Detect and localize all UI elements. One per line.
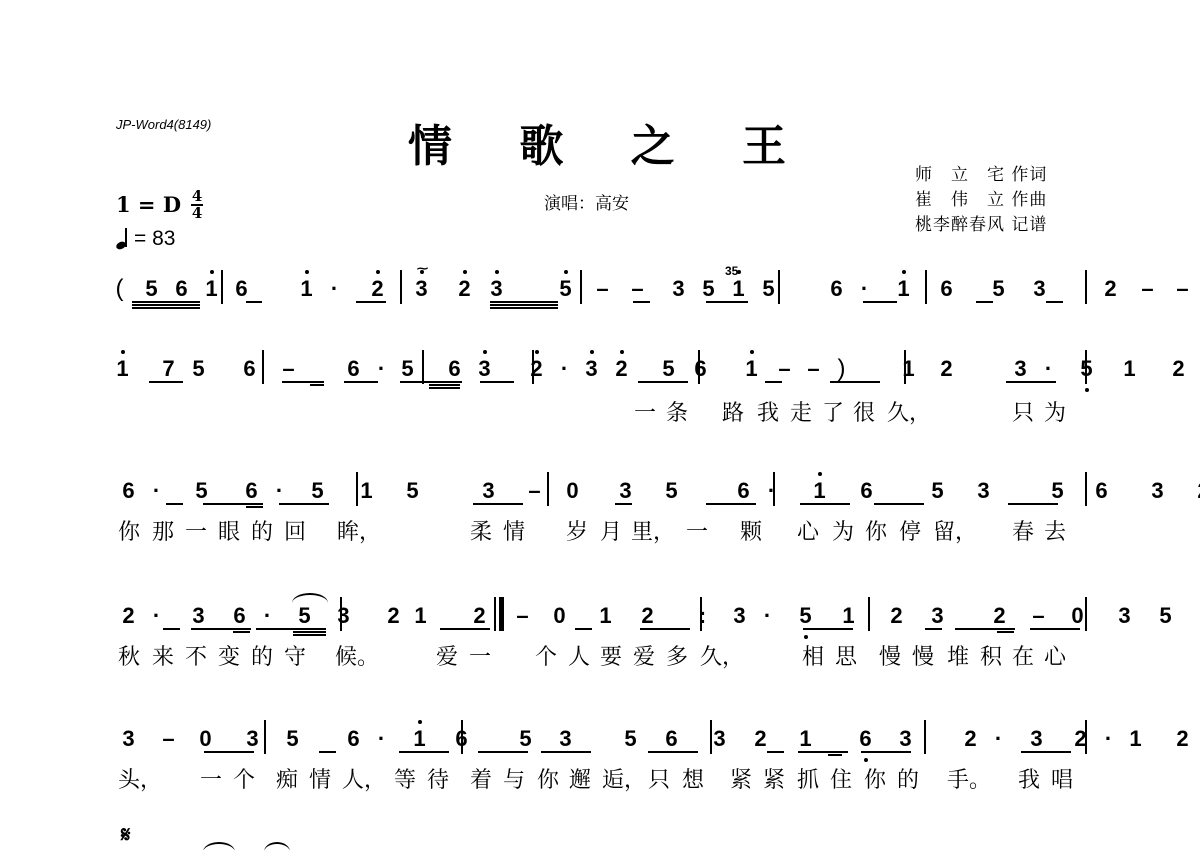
repeat-barline-thick bbox=[499, 597, 504, 631]
staff-line-1: (56161·23235––35156·16532––235·35·335⁓ bbox=[110, 270, 1090, 314]
lyric-syllable: 停 bbox=[899, 515, 921, 546]
note-digit: 1 bbox=[205, 276, 218, 302]
barline bbox=[340, 597, 342, 631]
barline bbox=[710, 720, 712, 754]
barline bbox=[1085, 472, 1087, 506]
note-digit: 1 bbox=[732, 276, 745, 302]
note-digit: 3 bbox=[1030, 726, 1043, 752]
note-digit: 3 bbox=[337, 603, 350, 629]
dot-extension: · bbox=[1102, 726, 1115, 752]
underline-beam bbox=[640, 628, 690, 630]
lyric-syllable: 情 bbox=[309, 763, 331, 794]
octave-dot-high bbox=[418, 720, 422, 724]
octave-dot-high bbox=[210, 270, 214, 274]
lyric-syllable: 你 bbox=[864, 763, 886, 794]
lyric-syllable: 个 bbox=[233, 763, 255, 794]
underline-beam bbox=[1006, 381, 1056, 383]
note-digit: 3 bbox=[899, 726, 912, 752]
note-digit: 1 bbox=[1129, 726, 1142, 752]
note-digit: 6 bbox=[122, 478, 135, 504]
lyric-syllable: 一 bbox=[634, 396, 656, 427]
dash: – bbox=[631, 276, 644, 302]
lyric-syllable: 柔 bbox=[470, 515, 492, 546]
lyric-syllable: 留， bbox=[933, 515, 977, 546]
underline-beam bbox=[319, 751, 336, 753]
note-digit: 0 bbox=[1071, 603, 1084, 629]
repeat-barline-thin bbox=[494, 597, 496, 631]
lyric-syllable: 春 bbox=[1012, 515, 1034, 546]
underline-beam bbox=[279, 503, 329, 505]
lyric-syllable: 的 bbox=[251, 640, 273, 671]
lyric-syllable: 逅， bbox=[602, 763, 646, 794]
lyric-syllable: 变 bbox=[218, 640, 240, 671]
credits-block: 师 立 宅 作词 崔 伟 立 作曲 桃李醉春风 记谱 bbox=[915, 163, 1047, 238]
note-digit: 2 bbox=[387, 603, 400, 629]
octave-dot-high bbox=[564, 270, 568, 274]
note-digit: 2 bbox=[615, 356, 628, 382]
underline-beam bbox=[828, 754, 842, 756]
dot-extension: · bbox=[273, 478, 286, 504]
lyric-syllable: 月 bbox=[600, 515, 622, 546]
note-digit: 5 bbox=[192, 356, 205, 382]
composer-credit: 崔 伟 立 作曲 bbox=[915, 188, 1047, 213]
quarter-note-icon bbox=[116, 228, 130, 250]
staff-line-4: 2·36·53212–012:3·51232–0356·56·515 bbox=[110, 597, 1090, 641]
dot-extension: · bbox=[150, 478, 163, 504]
underline-beam bbox=[293, 634, 326, 636]
underline-beam bbox=[706, 301, 748, 303]
underline-beam bbox=[1046, 301, 1063, 303]
dash: – bbox=[778, 356, 791, 382]
dash: – bbox=[596, 276, 609, 302]
octave-dot-high bbox=[535, 350, 539, 354]
lyric-syllable: 慢 bbox=[879, 640, 901, 671]
lyric-syllable: 走 bbox=[790, 396, 812, 427]
staff-line-3: 6·56·5153–0356·16535632163 bbox=[110, 472, 1090, 516]
note-digit: 2 bbox=[1104, 276, 1117, 302]
lyric-syllable: 在 bbox=[1012, 640, 1034, 671]
barline bbox=[547, 472, 549, 506]
lyric-syllable: 不 bbox=[185, 640, 207, 671]
dash: – bbox=[516, 603, 529, 629]
dot-extension: · bbox=[765, 478, 778, 504]
underline-beam bbox=[765, 381, 782, 383]
lyric-syllable: 我 bbox=[757, 396, 779, 427]
lyric-syllable: 你 bbox=[118, 515, 140, 546]
note-digit: 2 bbox=[122, 603, 135, 629]
octave-dot-high bbox=[376, 270, 380, 274]
underline-beam bbox=[1030, 628, 1080, 630]
lyric-syllable: 爱 bbox=[436, 640, 458, 671]
lyric-syllable: 久， bbox=[700, 640, 744, 671]
note-digit: 3 bbox=[1014, 356, 1027, 382]
underline-beam bbox=[490, 304, 558, 306]
lyric-syllable: 要 bbox=[600, 640, 622, 671]
note-digit: 1 bbox=[300, 276, 313, 302]
note-digit: 2 bbox=[993, 603, 1006, 629]
note-digit: 1 bbox=[1123, 356, 1136, 382]
close-paren: ) bbox=[835, 356, 848, 382]
octave-dot-high bbox=[818, 472, 822, 476]
octave-dot-low bbox=[1085, 388, 1089, 392]
note-digit: 2 bbox=[458, 276, 471, 302]
lyric-syllable: 积 bbox=[980, 640, 1002, 671]
lyric-syllable: 里， bbox=[631, 515, 675, 546]
octave-dot-low bbox=[804, 635, 808, 639]
underline-beam bbox=[246, 301, 253, 303]
key-signature: 1 = D 4 4 bbox=[116, 190, 203, 220]
note-digit: 6 bbox=[175, 276, 188, 302]
lyric-syllable: 候。 bbox=[335, 640, 379, 671]
barline bbox=[580, 270, 582, 304]
lyric-syllable: 紧 bbox=[763, 763, 785, 794]
note-digit: 5 bbox=[662, 356, 675, 382]
underline-beam bbox=[490, 307, 558, 309]
lyric-syllable: 那 bbox=[152, 515, 174, 546]
lyric-syllable: 回 bbox=[284, 515, 306, 546]
barline bbox=[698, 350, 700, 384]
underline-beam bbox=[638, 381, 688, 383]
note-digit: 5 bbox=[311, 478, 324, 504]
dash: – bbox=[282, 356, 295, 382]
note-digit: 2 bbox=[890, 603, 903, 629]
note-digit: 3 bbox=[1151, 478, 1164, 504]
underline-beam bbox=[1021, 751, 1071, 753]
lyric-syllable: 只 bbox=[648, 763, 670, 794]
note-digit: 3 bbox=[713, 726, 726, 752]
barline bbox=[1085, 597, 1087, 631]
barline bbox=[924, 720, 926, 754]
octave-dot-high bbox=[483, 350, 487, 354]
underline-beam bbox=[541, 751, 591, 753]
underline-beam bbox=[1008, 503, 1058, 505]
lyric-syllable: 路 bbox=[722, 396, 744, 427]
note-digit: 6 bbox=[235, 276, 248, 302]
note-digit: 5 bbox=[1159, 603, 1172, 629]
note-digit: 5 bbox=[406, 478, 419, 504]
note-digit: 5 bbox=[665, 478, 678, 504]
underline-beam bbox=[132, 304, 200, 306]
note-digit: 3 bbox=[192, 603, 205, 629]
octave-dot-high bbox=[750, 350, 754, 354]
note-digit: 1 bbox=[813, 478, 826, 504]
note-digit: 2 bbox=[473, 603, 486, 629]
note-digit: 3 bbox=[733, 603, 746, 629]
lyric-syllable: 心 bbox=[797, 515, 819, 546]
underline-beam bbox=[132, 307, 200, 309]
lyric-syllable: 你 bbox=[537, 763, 559, 794]
turn-ornament-icon: ⁓ bbox=[417, 262, 428, 275]
note-digit: 6 bbox=[448, 356, 461, 382]
note-digit: 2 bbox=[754, 726, 767, 752]
note-digit: 6 bbox=[243, 356, 256, 382]
barline bbox=[356, 472, 358, 506]
dash: – bbox=[528, 478, 541, 504]
lyric-syllable: 慢 bbox=[912, 640, 934, 671]
underline-beam bbox=[282, 381, 324, 383]
lyric-syllable: 唱 bbox=[1051, 763, 1073, 794]
barline bbox=[778, 270, 780, 304]
note-digit: 0 bbox=[199, 726, 212, 752]
note-digit: 3 bbox=[672, 276, 685, 302]
note-digit: 2 bbox=[940, 356, 953, 382]
note-digit: 6 bbox=[665, 726, 678, 752]
underline-beam bbox=[800, 503, 850, 505]
lyric-syllable: 抓 bbox=[797, 763, 819, 794]
transcriber-credit: 桃李醉春风 记谱 bbox=[915, 213, 1047, 238]
note-digit: 5 bbox=[286, 726, 299, 752]
note-digit: 0 bbox=[553, 603, 566, 629]
barline bbox=[221, 270, 223, 304]
underline-beam bbox=[955, 628, 1015, 630]
lyric-syllable: 来 bbox=[152, 640, 174, 671]
key-label: 1 = D bbox=[116, 192, 181, 217]
note-digit: 1 bbox=[414, 603, 427, 629]
lyric-syllable: 个 bbox=[535, 640, 557, 671]
slur-mark bbox=[264, 842, 290, 850]
note-digit: 3 bbox=[490, 276, 503, 302]
note-digit: 5 bbox=[559, 276, 572, 302]
lyric-syllable: 我 bbox=[1018, 763, 1040, 794]
barline bbox=[925, 270, 927, 304]
lyric-syllable: 条 bbox=[666, 396, 688, 427]
singer-credit: 演唱：高安 bbox=[544, 189, 629, 214]
underline-beam bbox=[830, 381, 880, 383]
lyric-syllable: 情 bbox=[503, 515, 525, 546]
note-digit: 1 bbox=[116, 356, 129, 382]
underline-beam bbox=[798, 751, 848, 753]
underline-beam bbox=[256, 628, 326, 630]
barline bbox=[1085, 720, 1087, 754]
barline bbox=[422, 350, 424, 384]
underline-beam bbox=[246, 506, 263, 508]
underline-beam bbox=[400, 381, 462, 383]
dot-extension: · bbox=[328, 276, 341, 302]
lyric-syllable: 你 bbox=[865, 515, 887, 546]
time-signature-bottom: 4 bbox=[192, 207, 202, 220]
note-digit: 5 bbox=[992, 276, 1005, 302]
lyric-syllable: 一 bbox=[185, 515, 207, 546]
lyric-syllable: 堆 bbox=[947, 640, 969, 671]
lyric-syllable: 为 bbox=[832, 515, 854, 546]
underline-beam bbox=[429, 387, 460, 389]
slur-mark bbox=[203, 842, 235, 850]
barline bbox=[773, 472, 775, 506]
tempo-marking: = 83 bbox=[116, 227, 175, 251]
tempo-value: = 83 bbox=[134, 227, 175, 251]
note-digit: 3 bbox=[619, 478, 632, 504]
note-digit: 6 bbox=[694, 356, 707, 382]
note-digit: 5 bbox=[799, 603, 812, 629]
note-digit: 5 bbox=[624, 726, 637, 752]
dot-extension: · bbox=[375, 726, 388, 752]
underline-beam bbox=[863, 301, 897, 303]
octave-dot-high bbox=[590, 350, 594, 354]
octave-dot-high bbox=[463, 270, 467, 274]
lyric-syllable: 一 bbox=[200, 763, 222, 794]
note-digit: 5 bbox=[195, 478, 208, 504]
underline-beam bbox=[976, 301, 993, 303]
lyric-syllable: 一 bbox=[469, 640, 491, 671]
dash: – bbox=[1141, 276, 1154, 302]
underline-beam bbox=[473, 503, 523, 505]
underline-beam bbox=[440, 628, 490, 630]
lyric-syllable: 眸， bbox=[337, 515, 381, 546]
underline-beam bbox=[490, 301, 558, 303]
underline-beam bbox=[633, 301, 650, 303]
note-digit: 3 bbox=[122, 726, 135, 752]
lyric-syllable: 头， bbox=[118, 763, 162, 794]
note-digit: 3 bbox=[478, 356, 491, 382]
underline-beam bbox=[429, 384, 460, 386]
note-digit: 5 bbox=[519, 726, 532, 752]
dash: – bbox=[162, 726, 175, 752]
note-digit: 6 bbox=[859, 726, 872, 752]
note-digit: 5 bbox=[145, 276, 158, 302]
lyric-syllable: 痴 bbox=[276, 763, 298, 794]
lyric-syllable: 紧 bbox=[730, 763, 752, 794]
note-digit: 5 bbox=[298, 603, 311, 629]
dash: – bbox=[807, 356, 820, 382]
note-digit: 1 bbox=[897, 276, 910, 302]
note-digit: 6 bbox=[737, 478, 750, 504]
note-digit: 5 bbox=[1051, 478, 1064, 504]
lyric-syllable: 守 bbox=[284, 640, 306, 671]
barline bbox=[264, 720, 266, 754]
note-digit: 3 bbox=[482, 478, 495, 504]
octave-dot-high bbox=[121, 350, 125, 354]
note-digit: 6 bbox=[245, 478, 258, 504]
underline-beam bbox=[163, 628, 180, 630]
lyric-syllable: 手。 bbox=[947, 763, 991, 794]
underline-beam bbox=[861, 751, 911, 753]
note-digit: 5 bbox=[702, 276, 715, 302]
underline-beam bbox=[356, 301, 386, 303]
note-digit: 1 bbox=[413, 726, 426, 752]
dash: – bbox=[1032, 603, 1045, 629]
barline bbox=[1085, 350, 1087, 384]
note-digit: 5 bbox=[401, 356, 414, 382]
note-digit: 3 bbox=[585, 356, 598, 382]
note-digit: 1 bbox=[360, 478, 373, 504]
note-digit: 6 bbox=[940, 276, 953, 302]
note-digit: 5 bbox=[762, 276, 775, 302]
staff-line-5: 3–0356·165356321632·32·1235–056 bbox=[110, 720, 1090, 764]
note-digit: 1 bbox=[745, 356, 758, 382]
note-digit: 1 bbox=[842, 603, 855, 629]
note-digit: 6 bbox=[1095, 478, 1108, 504]
dot-extension: · bbox=[992, 726, 1005, 752]
underline-beam bbox=[478, 751, 528, 753]
dash: – bbox=[1176, 276, 1189, 302]
octave-dot-high bbox=[495, 270, 499, 274]
underline-beam bbox=[149, 381, 183, 383]
note-digit: 2 bbox=[371, 276, 384, 302]
barline bbox=[700, 597, 702, 631]
note-digit: 3 bbox=[559, 726, 572, 752]
grace-notes: 35 bbox=[725, 264, 738, 278]
lyric-syllable: 邂 bbox=[569, 763, 591, 794]
note-digit: 7 bbox=[162, 356, 175, 382]
note-digit: 6 bbox=[860, 478, 873, 504]
dot-extension: · bbox=[261, 603, 274, 629]
dot-extension: · bbox=[558, 356, 571, 382]
lyric-syllable: 一 bbox=[686, 515, 708, 546]
underline-beam bbox=[293, 631, 326, 633]
lyric-syllable: 思 bbox=[835, 640, 857, 671]
lyric-syllable: 的 bbox=[251, 515, 273, 546]
barline bbox=[262, 350, 264, 384]
lyricist-credit: 师 立 宅 作词 bbox=[915, 163, 1047, 188]
lyric-syllable: 着 bbox=[470, 763, 492, 794]
underline-beam bbox=[648, 751, 698, 753]
barline bbox=[461, 720, 463, 754]
note-digit: 3 bbox=[931, 603, 944, 629]
barline bbox=[1085, 270, 1087, 304]
barline bbox=[904, 350, 906, 384]
note-digit: 1 bbox=[599, 603, 612, 629]
lyric-syllable: 眼 bbox=[218, 515, 240, 546]
lyric-syllable: 相 bbox=[802, 640, 824, 671]
note-digit: 2 bbox=[641, 603, 654, 629]
underline-beam bbox=[203, 503, 263, 505]
octave-dot-high bbox=[620, 350, 624, 354]
note-digit: 6 bbox=[347, 356, 360, 382]
lyric-syllable: 为 bbox=[1044, 396, 1066, 427]
lyric-syllable: 人 bbox=[568, 640, 590, 671]
lyric-syllable: 等 bbox=[394, 763, 416, 794]
lyric-syllable: 的 bbox=[897, 763, 919, 794]
lyric-syllable: 住 bbox=[830, 763, 852, 794]
note-digit: 6 bbox=[830, 276, 843, 302]
underline-beam bbox=[874, 503, 924, 505]
note-digit: 3 bbox=[977, 478, 990, 504]
underline-beam bbox=[344, 381, 378, 383]
lyric-syllable: 爱 bbox=[633, 640, 655, 671]
underline-beam bbox=[204, 751, 254, 753]
underline-beam bbox=[706, 503, 756, 505]
underline-beam bbox=[997, 631, 1014, 633]
note-digit: 3 bbox=[246, 726, 259, 752]
underline-beam bbox=[480, 381, 514, 383]
underline-beam bbox=[132, 301, 200, 303]
underline-beam bbox=[575, 628, 592, 630]
dot-extension: · bbox=[150, 603, 163, 629]
dot-extension: · bbox=[1042, 356, 1055, 382]
lyric-syllable: 秋 bbox=[118, 640, 140, 671]
open-paren: ( bbox=[113, 276, 126, 302]
note-digit: 3 bbox=[1118, 603, 1131, 629]
barline bbox=[400, 270, 402, 304]
octave-dot-high bbox=[305, 270, 309, 274]
note-digit: 0 bbox=[566, 478, 579, 504]
dot-extension: · bbox=[858, 276, 871, 302]
note-digit: 3 bbox=[1033, 276, 1046, 302]
octave-dot-high bbox=[902, 270, 906, 274]
underline-beam bbox=[191, 628, 251, 630]
lyric-syllable: 人， bbox=[342, 763, 386, 794]
repeat-colon: : bbox=[696, 603, 709, 629]
segno-sign: 𝄋 bbox=[121, 822, 130, 848]
note-digit: 6 bbox=[347, 726, 360, 752]
lyric-syllable: 去 bbox=[1044, 515, 1066, 546]
dot-extension: · bbox=[375, 356, 388, 382]
time-signature-top: 4 bbox=[192, 190, 202, 203]
lyric-syllable: 只 bbox=[1012, 396, 1034, 427]
barline bbox=[868, 597, 870, 631]
underline-beam bbox=[310, 384, 324, 386]
lyric-syllable: 岁 bbox=[566, 515, 588, 546]
